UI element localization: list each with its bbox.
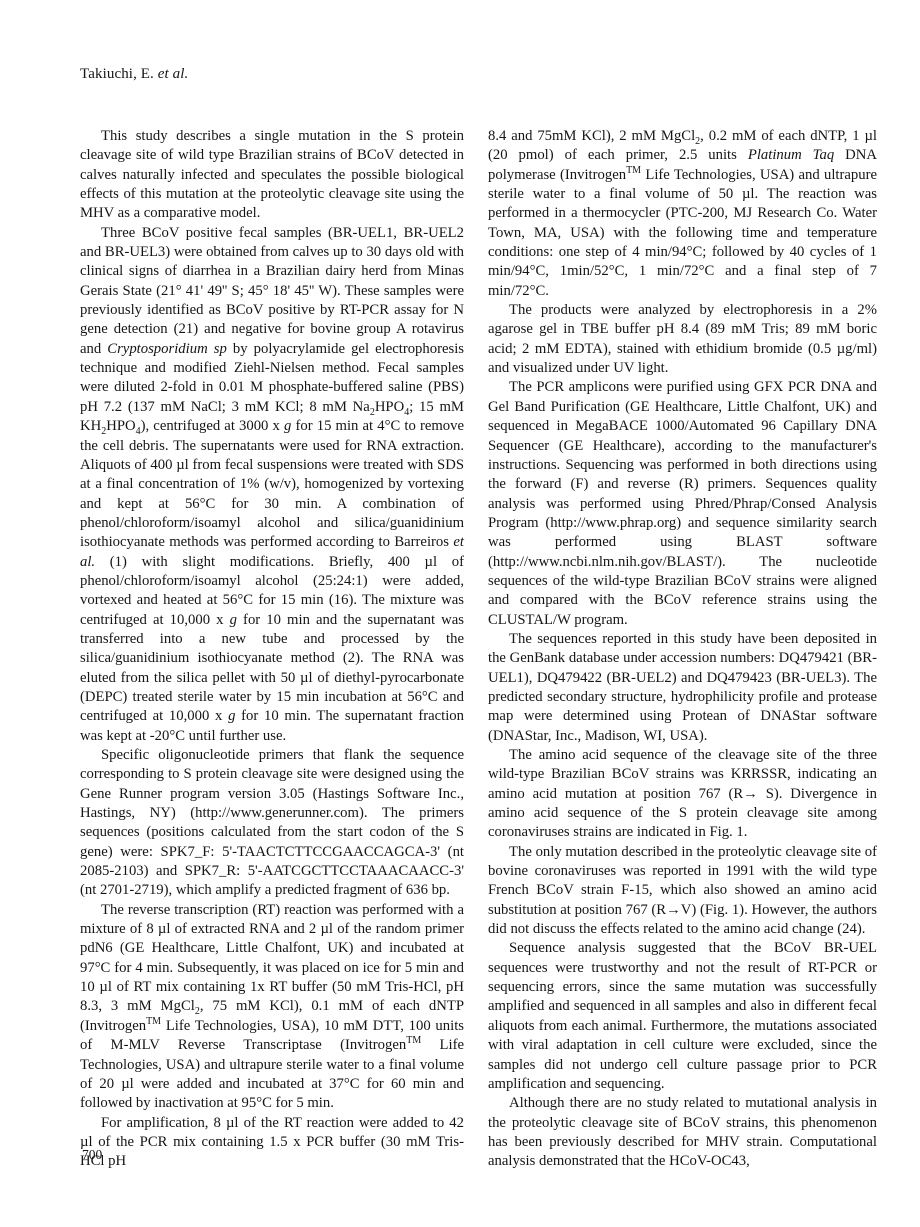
text-column-left: This study describes a single mutation i… [80, 127, 464, 1172]
body-paragraph: The PCR amplicons were purified using GF… [488, 378, 877, 629]
body-paragraph: 8.4 and 75mM KCl), 2 mM MgCl2, 0.2 mM of… [488, 127, 877, 301]
article-body: This study describes a single mutation i… [80, 127, 877, 1172]
page-number: 700 [82, 1147, 102, 1163]
body-paragraph: The only mutation described in the prote… [488, 843, 877, 940]
body-paragraph: This study describes a single mutation i… [80, 127, 464, 224]
body-paragraph: The reverse transcription (RT) reaction … [80, 901, 464, 1114]
body-paragraph: The sequences reported in this study hav… [488, 630, 877, 746]
running-head: Takiuchi, E. et al. [80, 66, 188, 83]
body-paragraph: Specific oligonucleotide primers that fl… [80, 746, 464, 901]
body-paragraph: Three BCoV positive fecal samples (BR-UE… [80, 224, 464, 746]
body-paragraph: For amplification, 8 µl of the RT reacti… [80, 1114, 464, 1172]
body-paragraph: The amino acid sequence of the cleavage … [488, 746, 877, 843]
body-paragraph: Sequence analysis suggested that the BCo… [488, 939, 877, 1094]
body-paragraph: Although there are no study related to m… [488, 1094, 877, 1171]
text-column-right: 8.4 and 75mM KCl), 2 mM MgCl2, 0.2 mM of… [488, 127, 877, 1172]
body-paragraph: The products were analyzed by electropho… [488, 301, 877, 378]
